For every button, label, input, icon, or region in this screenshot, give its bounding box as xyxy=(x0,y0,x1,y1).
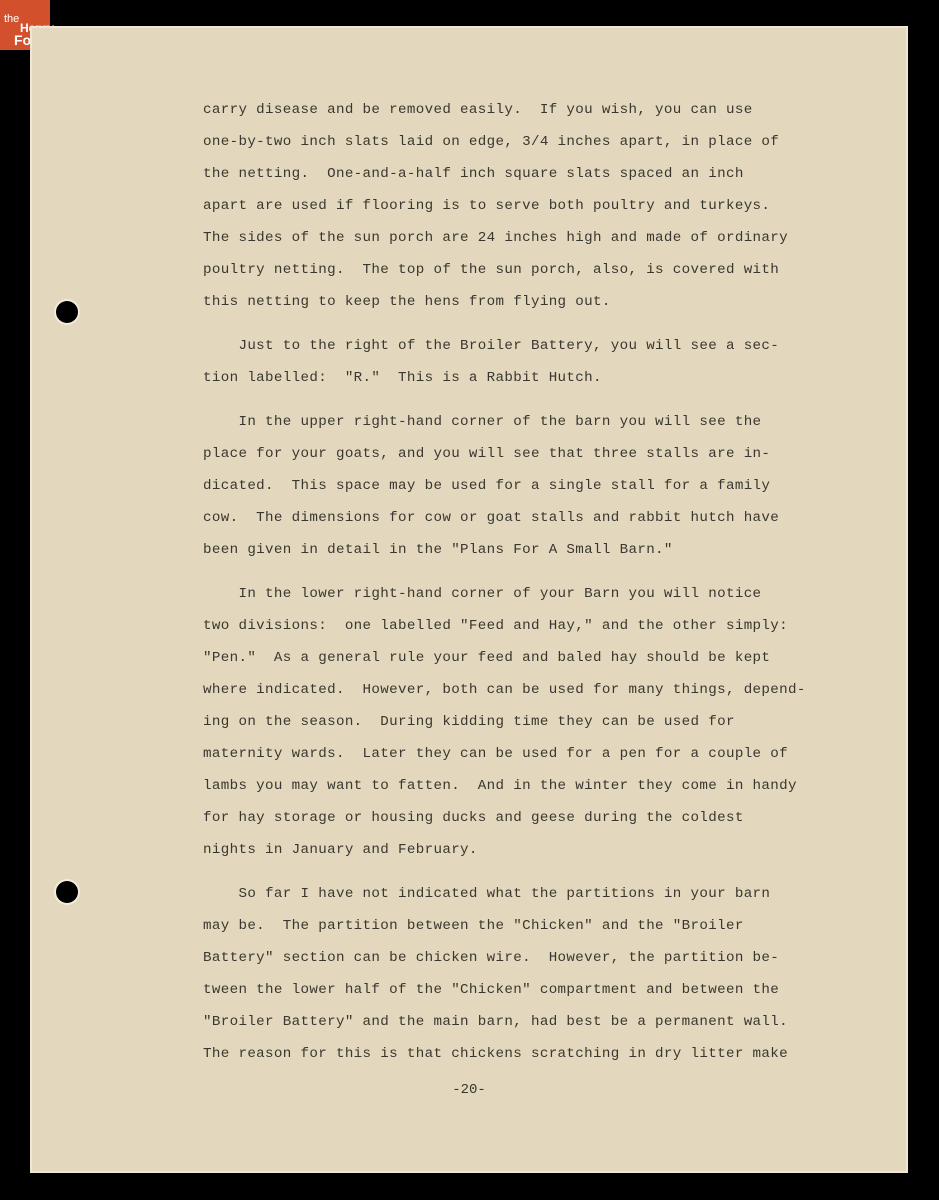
text-line: for hay storage or housing ducks and gee… xyxy=(203,802,803,834)
text-line: The sides of the sun porch are 24 inches… xyxy=(203,222,803,254)
text-line: dicated. This space may be used for a si… xyxy=(203,470,803,502)
text-line: lambs you may want to fatten. And in the… xyxy=(203,770,803,802)
page-number: -20- xyxy=(30,1082,908,1098)
text-line: Just to the right of the Broiler Battery… xyxy=(203,330,803,362)
text-line: been given in detail in the "Plans For A… xyxy=(203,534,803,566)
text-line: apart are used if flooring is to serve b… xyxy=(203,190,803,222)
text-line: So far I have not indicated what the par… xyxy=(203,878,803,910)
paragraph: So far I have not indicated what the par… xyxy=(203,878,803,1070)
text-line: "Broiler Battery" and the main barn, had… xyxy=(203,1006,803,1038)
text-line: cow. The dimensions for cow or goat stal… xyxy=(203,502,803,534)
text-line: In the lower right-hand corner of your B… xyxy=(203,578,803,610)
text-line: place for your goats, and you will see t… xyxy=(203,438,803,470)
punch-hole-bottom xyxy=(56,881,78,903)
paragraph: In the lower right-hand corner of your B… xyxy=(203,578,803,866)
punch-hole-top xyxy=(56,301,78,323)
text-line: poultry netting. The top of the sun porc… xyxy=(203,254,803,286)
text-line: Battery" section can be chicken wire. Ho… xyxy=(203,942,803,974)
text-line: may be. The partition between the "Chick… xyxy=(203,910,803,942)
body-text: carry disease and be removed easily. If … xyxy=(203,94,803,1070)
paragraph: In the upper right-hand corner of the ba… xyxy=(203,406,803,566)
text-line: where indicated. However, both can be us… xyxy=(203,674,803,706)
text-line: nights in January and February. xyxy=(203,834,803,866)
text-line: carry disease and be removed easily. If … xyxy=(203,94,803,126)
text-line: In the upper right-hand corner of the ba… xyxy=(203,406,803,438)
text-line: tion labelled: "R." This is a Rabbit Hut… xyxy=(203,362,803,394)
text-line: tween the lower half of the "Chicken" co… xyxy=(203,974,803,1006)
text-line: two divisions: one labelled "Feed and Ha… xyxy=(203,610,803,642)
paragraph: carry disease and be removed easily. If … xyxy=(203,94,803,318)
paragraph: Just to the right of the Broiler Battery… xyxy=(203,330,803,394)
text-line: "Pen." As a general rule your feed and b… xyxy=(203,642,803,674)
text-line: maternity wards. Later they can be used … xyxy=(203,738,803,770)
document-page: carry disease and be removed easily. If … xyxy=(30,26,908,1173)
text-line: one-by-two inch slats laid on edge, 3/4 … xyxy=(203,126,803,158)
text-line: ing on the season. During kidding time t… xyxy=(203,706,803,738)
logo-the: the xyxy=(4,14,19,25)
text-line: The reason for this is that chickens scr… xyxy=(203,1038,803,1070)
text-line: the netting. One-and-a-half inch square … xyxy=(203,158,803,190)
text-line: this netting to keep the hens from flyin… xyxy=(203,286,803,318)
